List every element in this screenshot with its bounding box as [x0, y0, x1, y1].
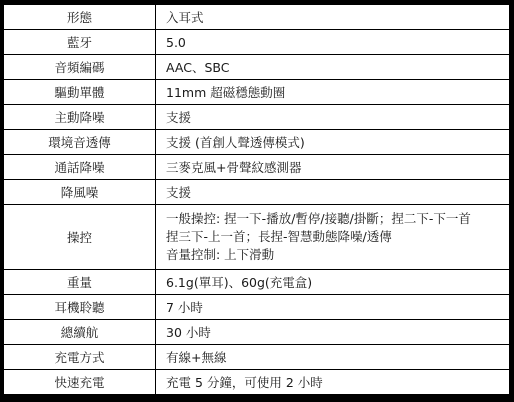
- spec-label: 形態: [4, 5, 156, 30]
- table-row: 降風噪 支援: [4, 180, 510, 205]
- spec-value: 一般操控: 捏一下-播放/暫停/接聽/掛斷；捏二下-下一首 捏三下-上一首；長捏…: [156, 205, 510, 270]
- spec-value: 6.1g(單耳)、60g(充電盒): [156, 270, 510, 295]
- table-row: 環境音透傳 支援 (首創人聲透傳模式): [4, 130, 510, 155]
- table-row: 充電方式 有線+無線: [4, 345, 510, 370]
- table-row: 快速充電 充電 5 分鐘，可使用 2 小時: [4, 370, 510, 395]
- table-row: 通話降噪 三麥克風+骨聲紋感測器: [4, 155, 510, 180]
- spec-label: 充電方式: [4, 345, 156, 370]
- table-row: 形態 入耳式: [4, 5, 510, 30]
- spec-value: 30 小時: [156, 320, 510, 345]
- table-row-controls: 操控 一般操控: 捏一下-播放/暫停/接聽/掛斷；捏二下-下一首 捏三下-上一首…: [4, 205, 510, 270]
- spec-value: 支援: [156, 105, 510, 130]
- spec-label: 快速充電: [4, 370, 156, 395]
- spec-value: 充電 5 分鐘，可使用 2 小時: [156, 370, 510, 395]
- spec-label: 降風噪: [4, 180, 156, 205]
- spec-label: 總續航: [4, 320, 156, 345]
- spec-value-line: 音量控制: 上下滑動: [166, 246, 501, 264]
- table-row: 耳機聆聽 7 小時: [4, 295, 510, 320]
- table-row: 重量 6.1g(單耳)、60g(充電盒): [4, 270, 510, 295]
- spec-label: 藍牙: [4, 30, 156, 55]
- spec-value: 三麥克風+骨聲紋感測器: [156, 155, 510, 180]
- spec-value: 支援 (首創人聲透傳模式): [156, 130, 510, 155]
- spec-table-frame: 形態 入耳式 藍牙 5.0 音頻編碼 AAC、SBC 驅動單體 11mm 超磁穩…: [0, 0, 514, 402]
- spec-label: 主動降噪: [4, 105, 156, 130]
- spec-label: 驅動單體: [4, 80, 156, 105]
- spec-value-line: 一般操控: 捏一下-播放/暫停/接聽/掛斷；捏二下-下一首: [166, 210, 501, 228]
- spec-value-line: 捏三下-上一首；長捏-智慧動態降噪/透傳: [166, 228, 501, 246]
- spec-label: 環境音透傳: [4, 130, 156, 155]
- table-row: 驅動單體 11mm 超磁穩態動圈: [4, 80, 510, 105]
- spec-value: AAC、SBC: [156, 55, 510, 80]
- table-row: 總續航 30 小時: [4, 320, 510, 345]
- spec-label: 耳機聆聽: [4, 295, 156, 320]
- spec-label: 通話降噪: [4, 155, 156, 180]
- spec-value: 7 小時: [156, 295, 510, 320]
- spec-value: 有線+無線: [156, 345, 510, 370]
- spec-table-inner: 形態 入耳式 藍牙 5.0 音頻編碼 AAC、SBC 驅動單體 11mm 超磁穩…: [3, 4, 510, 395]
- spec-label: 操控: [4, 205, 156, 270]
- table-row: 音頻編碼 AAC、SBC: [4, 55, 510, 80]
- spec-label: 重量: [4, 270, 156, 295]
- table-row: 主動降噪 支援: [4, 105, 510, 130]
- spec-value: 支援: [156, 180, 510, 205]
- spec-value: 11mm 超磁穩態動圈: [156, 80, 510, 105]
- table-row: 藍牙 5.0: [4, 30, 510, 55]
- spec-label: 音頻編碼: [4, 55, 156, 80]
- spec-value: 入耳式: [156, 5, 510, 30]
- spec-table: 形態 入耳式 藍牙 5.0 音頻編碼 AAC、SBC 驅動單體 11mm 超磁穩…: [3, 4, 510, 395]
- spec-value: 5.0: [156, 30, 510, 55]
